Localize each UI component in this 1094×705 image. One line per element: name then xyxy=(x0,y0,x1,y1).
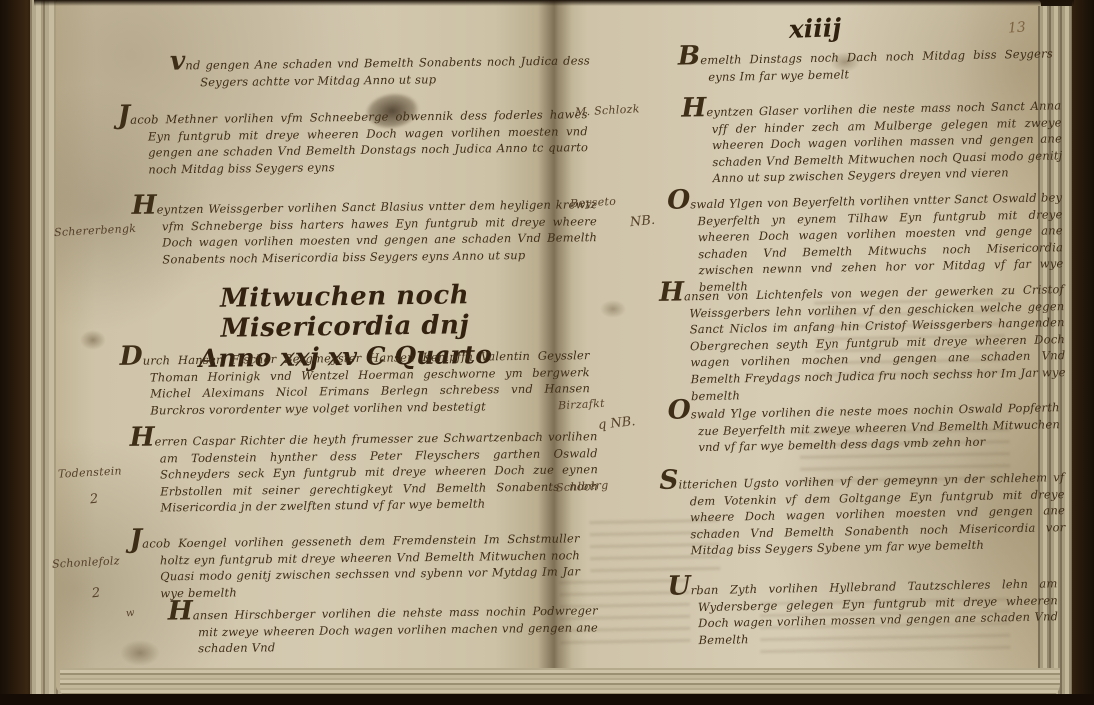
margin-note: Beyseto xyxy=(570,195,617,210)
manuscript-paragraph: Urban Zyth vorlihen Hyllebrand Tautzschl… xyxy=(667,570,1058,649)
manuscript-paragraph: Herren Caspar Richter die heyth frumesse… xyxy=(129,423,598,517)
manuscript-photo: vnd gengen Ane schaden vnd Bemelth Sonab… xyxy=(0,0,1094,705)
manuscript-paragraph: Hansen Hirschberger vorlihen die nehste … xyxy=(168,597,599,657)
page-numeral: xiiij xyxy=(770,12,861,44)
background-shadow-top xyxy=(34,0,1074,6)
folio-number: 13 xyxy=(1007,19,1026,36)
manuscript-paragraph: Durch Hansen Fischer Bergmeyster Hansen … xyxy=(120,342,591,419)
manuscript-paragraph: Oswald Ylge vorlihen die neste moes noch… xyxy=(668,394,1061,456)
manuscript-paragraph: Bemelth Dinstags noch Dach noch Mitdag b… xyxy=(678,40,1054,85)
manuscript-paragraph: Heyntzen Weissgerber vorlihen Sanct Blas… xyxy=(132,191,598,268)
manuscript-paragraph: Heyntzen Glaser vorlihen die neste mass … xyxy=(681,92,1063,187)
margin-mark: 2 xyxy=(91,586,101,602)
background-shadow-bottom xyxy=(0,694,1094,705)
margin-mark: w xyxy=(125,608,135,620)
manuscript-paragraph: Jacob Koengel vorlihen gesseneth dem Fre… xyxy=(130,525,581,602)
manuscript-paragraph: Sitterichen Ugsto vorlihen vf der gemeyn… xyxy=(659,464,1066,560)
section-heading-line1: Mitwuchen noch Misericordia dnj xyxy=(149,279,540,344)
manuscript-paragraph: Jacob Methner vorlihen vfm Schneeberge o… xyxy=(118,101,589,178)
manuscript-paragraph: vnd gengen Ane schaden vnd Bemelth Sonab… xyxy=(170,47,590,90)
book-cover-left-edge xyxy=(0,0,34,705)
margin-note: Birzafkt xyxy=(558,397,605,412)
margin-mark: NB. xyxy=(629,213,655,231)
margin-mark: 2 xyxy=(89,492,99,508)
margin-note: Schlberg xyxy=(556,479,609,495)
manuscript-paragraph: Hansen von Lichtenfels von wegen der gew… xyxy=(659,276,1066,405)
book-cover-right-edge xyxy=(1072,0,1094,705)
